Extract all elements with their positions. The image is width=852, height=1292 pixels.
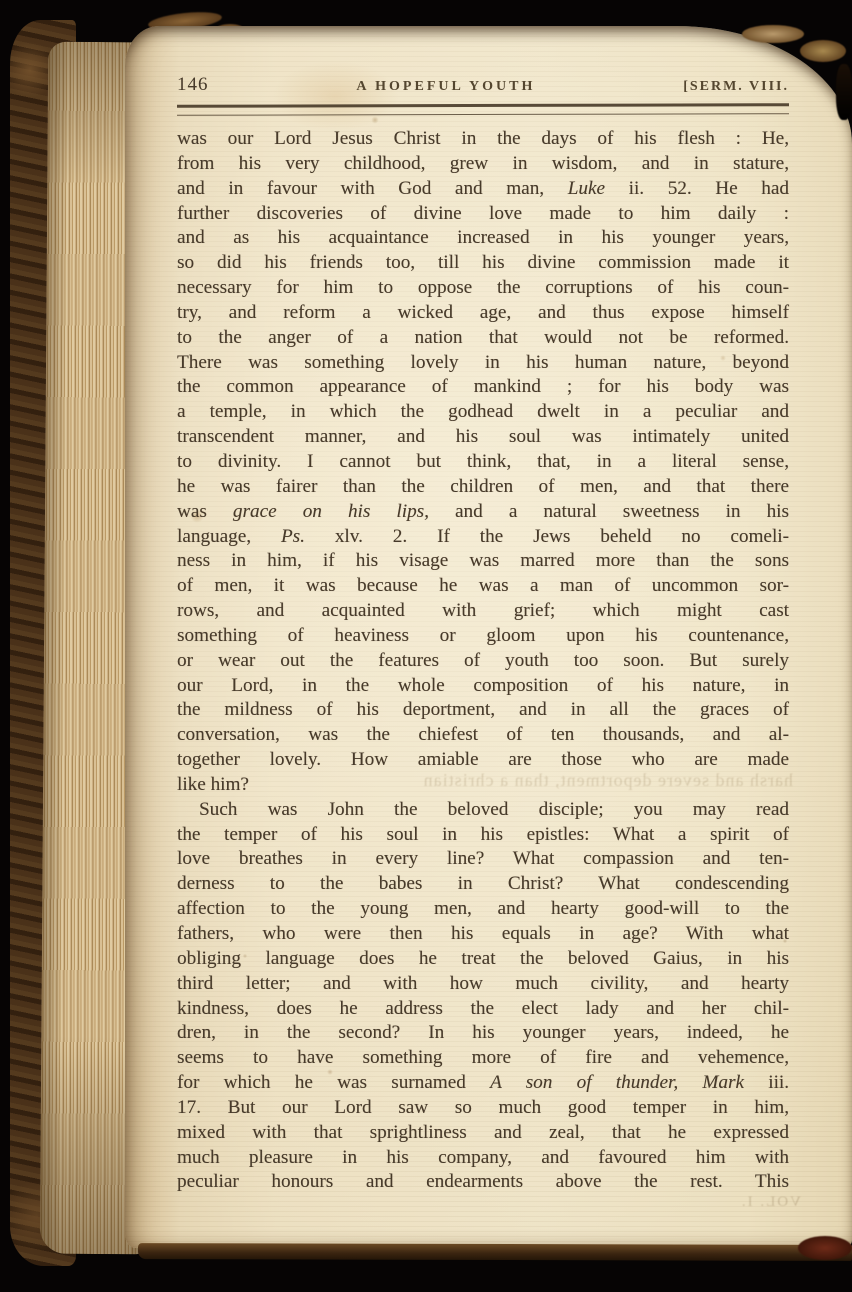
show-through-text: harsh and severe deportment, than a chri…: [237, 770, 793, 791]
text-line: of men, it was because he was a man of u…: [177, 574, 789, 599]
text-line: rows, and acquainted with grief; which m…: [177, 599, 789, 624]
text-line: so did his friends too, till his divine …: [177, 251, 789, 276]
header-rule: [177, 103, 789, 116]
text-line: third letter; and with how much civility…: [177, 972, 789, 997]
text-line: kindness, does he address the elect lady…: [177, 997, 789, 1022]
text-line: and in favour with God and man, Luke ii.…: [177, 177, 789, 202]
paragraph: was our Lord Jesus Christ in the days of…: [177, 127, 789, 798]
text-line: a temple, in which the godhead dwelt in …: [177, 400, 789, 425]
text-line: fathers, who were then his equals in age…: [177, 922, 789, 947]
text-line: conversation, was the chiefest of ten th…: [177, 723, 789, 748]
page-content: 146 A HOPEFUL YOUTH [SERM. VIII. was our…: [125, 26, 852, 1195]
text-line: There was something lovely in his human …: [177, 351, 789, 376]
text-line: was our Lord Jesus Christ in the days of…: [177, 127, 789, 152]
volume-mark-show-through: VOL. I.: [681, 1194, 801, 1211]
leather-fragment: [800, 40, 846, 62]
leather-fragment: [742, 25, 804, 43]
text-line: try, and reform a wicked age, and thus e…: [177, 301, 789, 326]
text-line: transcendent manner, and his soul was in…: [177, 425, 789, 450]
text-line: necessary for him to oppose the corrupti…: [177, 276, 789, 301]
text-line: to divinity. I cannot but think, that, i…: [177, 450, 789, 475]
text-line: the common appearance of mankind ; for h…: [177, 375, 789, 400]
book-photo: 146 A HOPEFUL YOUTH [SERM. VIII. was our…: [0, 0, 852, 1292]
running-title: A HOPEFUL YOUTH: [209, 79, 684, 95]
page-header: 146 A HOPEFUL YOUTH [SERM. VIII.: [177, 74, 789, 96]
text-line: peculiar honours and endearments above t…: [177, 1170, 789, 1195]
text-line: or wear out the features of youth too so…: [177, 649, 789, 674]
leather-fragment: [798, 1236, 852, 1260]
text-line: love breathes in every line? What compas…: [177, 847, 789, 872]
book-page: 146 A HOPEFUL YOUTH [SERM. VIII. was our…: [125, 26, 852, 1248]
text-line: our Lord, in the whole composition of hi…: [177, 674, 789, 699]
page-number: 146: [177, 74, 209, 96]
text-line: something of heaviness or gloom upon his…: [177, 624, 789, 649]
text-line: ness in him, if his visage was marred mo…: [177, 549, 789, 574]
text-line: language, Ps. xlv. 2. If the Jews beheld…: [177, 525, 789, 550]
text-line: mixed with that sprightliness and zeal, …: [177, 1121, 789, 1146]
text-line: 17. But our Lord saw so much good temper…: [177, 1096, 789, 1121]
text-line: much pleasure in his company, and favour…: [177, 1146, 789, 1171]
text-line: Such was John the beloved disciple; you …: [177, 798, 789, 823]
text-line: the temper of his soul in his epistles: …: [177, 823, 789, 848]
text-line: further discoveries of divine love made …: [177, 202, 789, 227]
text-line: derness to the babes in Christ? What con…: [177, 872, 789, 897]
text-line: affection to the young men, and hearty g…: [177, 897, 789, 922]
text-line: dren, in the second? In his younger year…: [177, 1021, 789, 1046]
section-label: [SERM. VIII.: [683, 79, 789, 95]
page-body: was our Lord Jesus Christ in the days of…: [177, 127, 789, 1195]
text-line: for which he was surnamed A son of thund…: [177, 1071, 789, 1096]
text-line: to the anger of a nation that would not …: [177, 326, 789, 351]
paragraph: Such was John the beloved disciple; you …: [177, 798, 789, 1196]
shadow-fragment: [836, 64, 852, 120]
page-block-bottom-edge: [138, 1243, 852, 1261]
text-line: and as his acquaintance increased in his…: [177, 226, 789, 251]
text-line: the mildness of his deportment, and in a…: [177, 698, 789, 723]
text-line: obliging language does he treat the belo…: [177, 947, 789, 972]
text-line: from his very childhood, grew in wisdom,…: [177, 152, 789, 177]
text-line: was grace on his lips, and a natural swe…: [177, 500, 789, 525]
text-line: seems to have something more of fire and…: [177, 1046, 789, 1071]
text-line: he was fairer than the children of men, …: [177, 475, 789, 500]
